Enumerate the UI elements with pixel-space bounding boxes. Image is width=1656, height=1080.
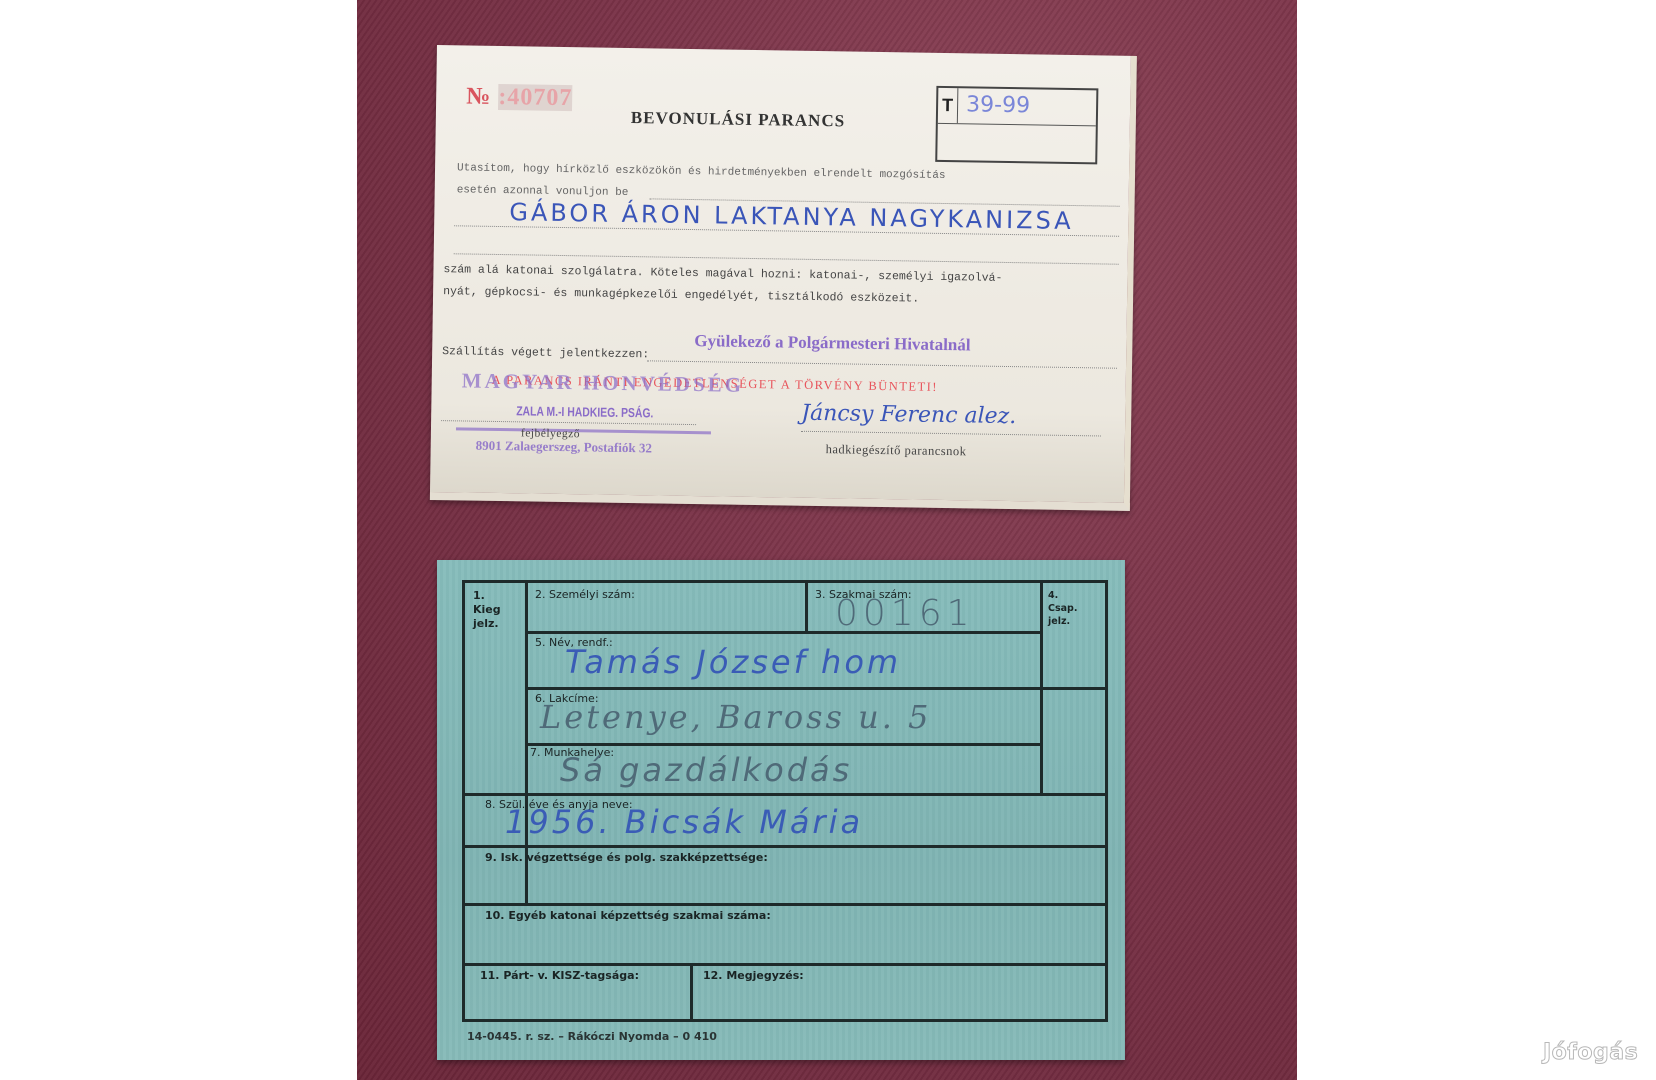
record-table: 1. Kieg jelz. 2. Személyi szám: 3. Szakm… — [462, 580, 1108, 1022]
column-divider — [690, 963, 693, 1022]
signature-caption: hadkiegészítő parancsnok — [826, 442, 967, 459]
field-11-label: 11. Párt- v. KISZ-tagsága: — [480, 969, 639, 982]
stamp-command: ZALA M.-I HADKIEG. PSÁG. — [516, 403, 653, 420]
duty-line-2: nyát, gépkocsi- és munkagépkezelői enged… — [443, 285, 919, 305]
row-divider — [465, 963, 1108, 966]
field-7-value: Sá gazdálkodás — [560, 751, 852, 789]
dotted-line — [801, 431, 1101, 437]
intro-line-2: esetén azonnal vonuljon be — [457, 184, 629, 199]
serial-value: :40707 — [498, 84, 572, 111]
stamp-hungarian-army: MAGYAR HONVÉDSÉG — [462, 368, 745, 397]
dotted-line — [441, 420, 696, 425]
field-2-label: 2. Személyi szám: — [535, 588, 635, 601]
field-3-value: 00161 — [835, 593, 975, 634]
enlistment-order-card: № :40707 BEVONULÁSI PARANCS T 39-99 Utas… — [430, 45, 1137, 511]
row-divider — [1040, 687, 1108, 690]
row-divider — [465, 845, 1108, 848]
print-footer: 14-0445. r. sz. – Rákóczi Nyomda – 0 410 — [467, 1030, 717, 1043]
field-9-label: 9. Isk. végzettsége és polg. szakképzett… — [485, 851, 768, 864]
row-divider — [525, 687, 1040, 690]
t-code-label: T — [938, 88, 959, 123]
report-label: Szállítás végett jelentkezzen: — [442, 345, 649, 361]
intro-line-1: Utasítom, hogy hírközlő eszközökön és hi… — [457, 162, 946, 182]
dotted-line — [454, 253, 1119, 264]
field-5-value: Tamás József hom — [565, 643, 901, 681]
t-code-value: 39-99 — [958, 88, 1030, 124]
serial-number: № :40707 — [466, 83, 573, 112]
stamp-underline — [456, 427, 711, 434]
assembly-point-stamp: Gyülekező a Polgármesteri Hivatalnál — [694, 331, 970, 355]
field-10-label: 10. Egyéb katonai képzettség szakmai szá… — [485, 909, 771, 922]
field-8-value: 1956. Bicsák Mária — [505, 803, 863, 841]
document-title: BEVONULÁSI PARANCS — [631, 108, 846, 131]
t-code-box: T 39-99 — [935, 86, 1098, 165]
commander-signature: Jáncsy Ferenc alez. — [801, 401, 1016, 429]
photograph: № :40707 BEVONULÁSI PARANCS T 39-99 Utas… — [357, 0, 1297, 1080]
number-sign: № — [466, 83, 492, 109]
field-4-label: 4. Csap. jelz. — [1048, 589, 1077, 628]
watermark-logo: Jófogás — [1543, 1040, 1638, 1065]
row-divider — [465, 903, 1108, 906]
duty-line-1: szám alá katonai szolgálatra. Köteles ma… — [443, 263, 1002, 285]
military-record-card: 1. Kieg jelz. 2. Személyi szám: 3. Szakm… — [437, 560, 1125, 1060]
row-divider — [465, 793, 1108, 796]
field-12-label: 12. Megjegyzés: — [703, 969, 804, 982]
field-1-label: 1. Kieg jelz. — [473, 589, 501, 631]
field-6-value: Letenye, Baross u. 5 — [540, 698, 931, 736]
column-divider — [805, 583, 808, 631]
dotted-line — [647, 360, 1117, 368]
stamp-address: 8901 Zalaegerszeg, Postafiók 32 — [476, 438, 652, 457]
